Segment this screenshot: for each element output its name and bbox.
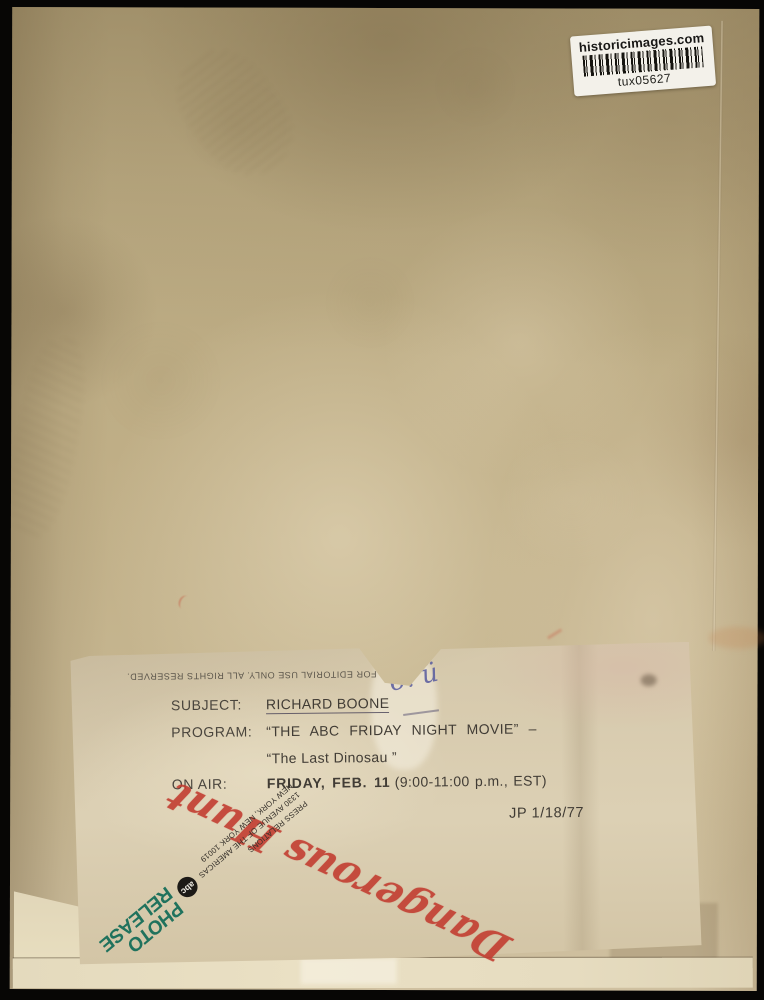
photo-back-scan: historicimages.com tux05627 FOR EDITORIA… <box>0 0 764 1000</box>
sticker-code: tux05627 <box>617 71 671 89</box>
onair-value: FRIDAY, FEB. 11 (9:00-11:00 p.m., EST) <box>267 772 547 791</box>
program-value-line1: “THE ABC FRIDAY NIGHT MOVIE” – <box>266 720 537 739</box>
orange-stain <box>709 627 764 649</box>
barcode-sticker: historicimages.com tux05627 <box>570 26 716 97</box>
light-stain <box>301 958 397 984</box>
date-code: JP 1/18/77 <box>509 805 584 822</box>
subject-value: RICHARD BOONE <box>266 695 390 714</box>
abc-network-logo: abc <box>173 873 202 902</box>
program-key: PROGRAM: <box>171 723 252 740</box>
onair-time: (9:00-11:00 p.m., EST) <box>395 772 547 790</box>
label-smudge <box>641 674 657 686</box>
program-value-line2: “The Last Dinosau ” <box>266 749 397 766</box>
editorial-notice: FOR EDITORIAL USE ONLY. ALL RIGHTS RESER… <box>127 669 377 682</box>
subject-key: SUBJECT: <box>171 697 242 714</box>
